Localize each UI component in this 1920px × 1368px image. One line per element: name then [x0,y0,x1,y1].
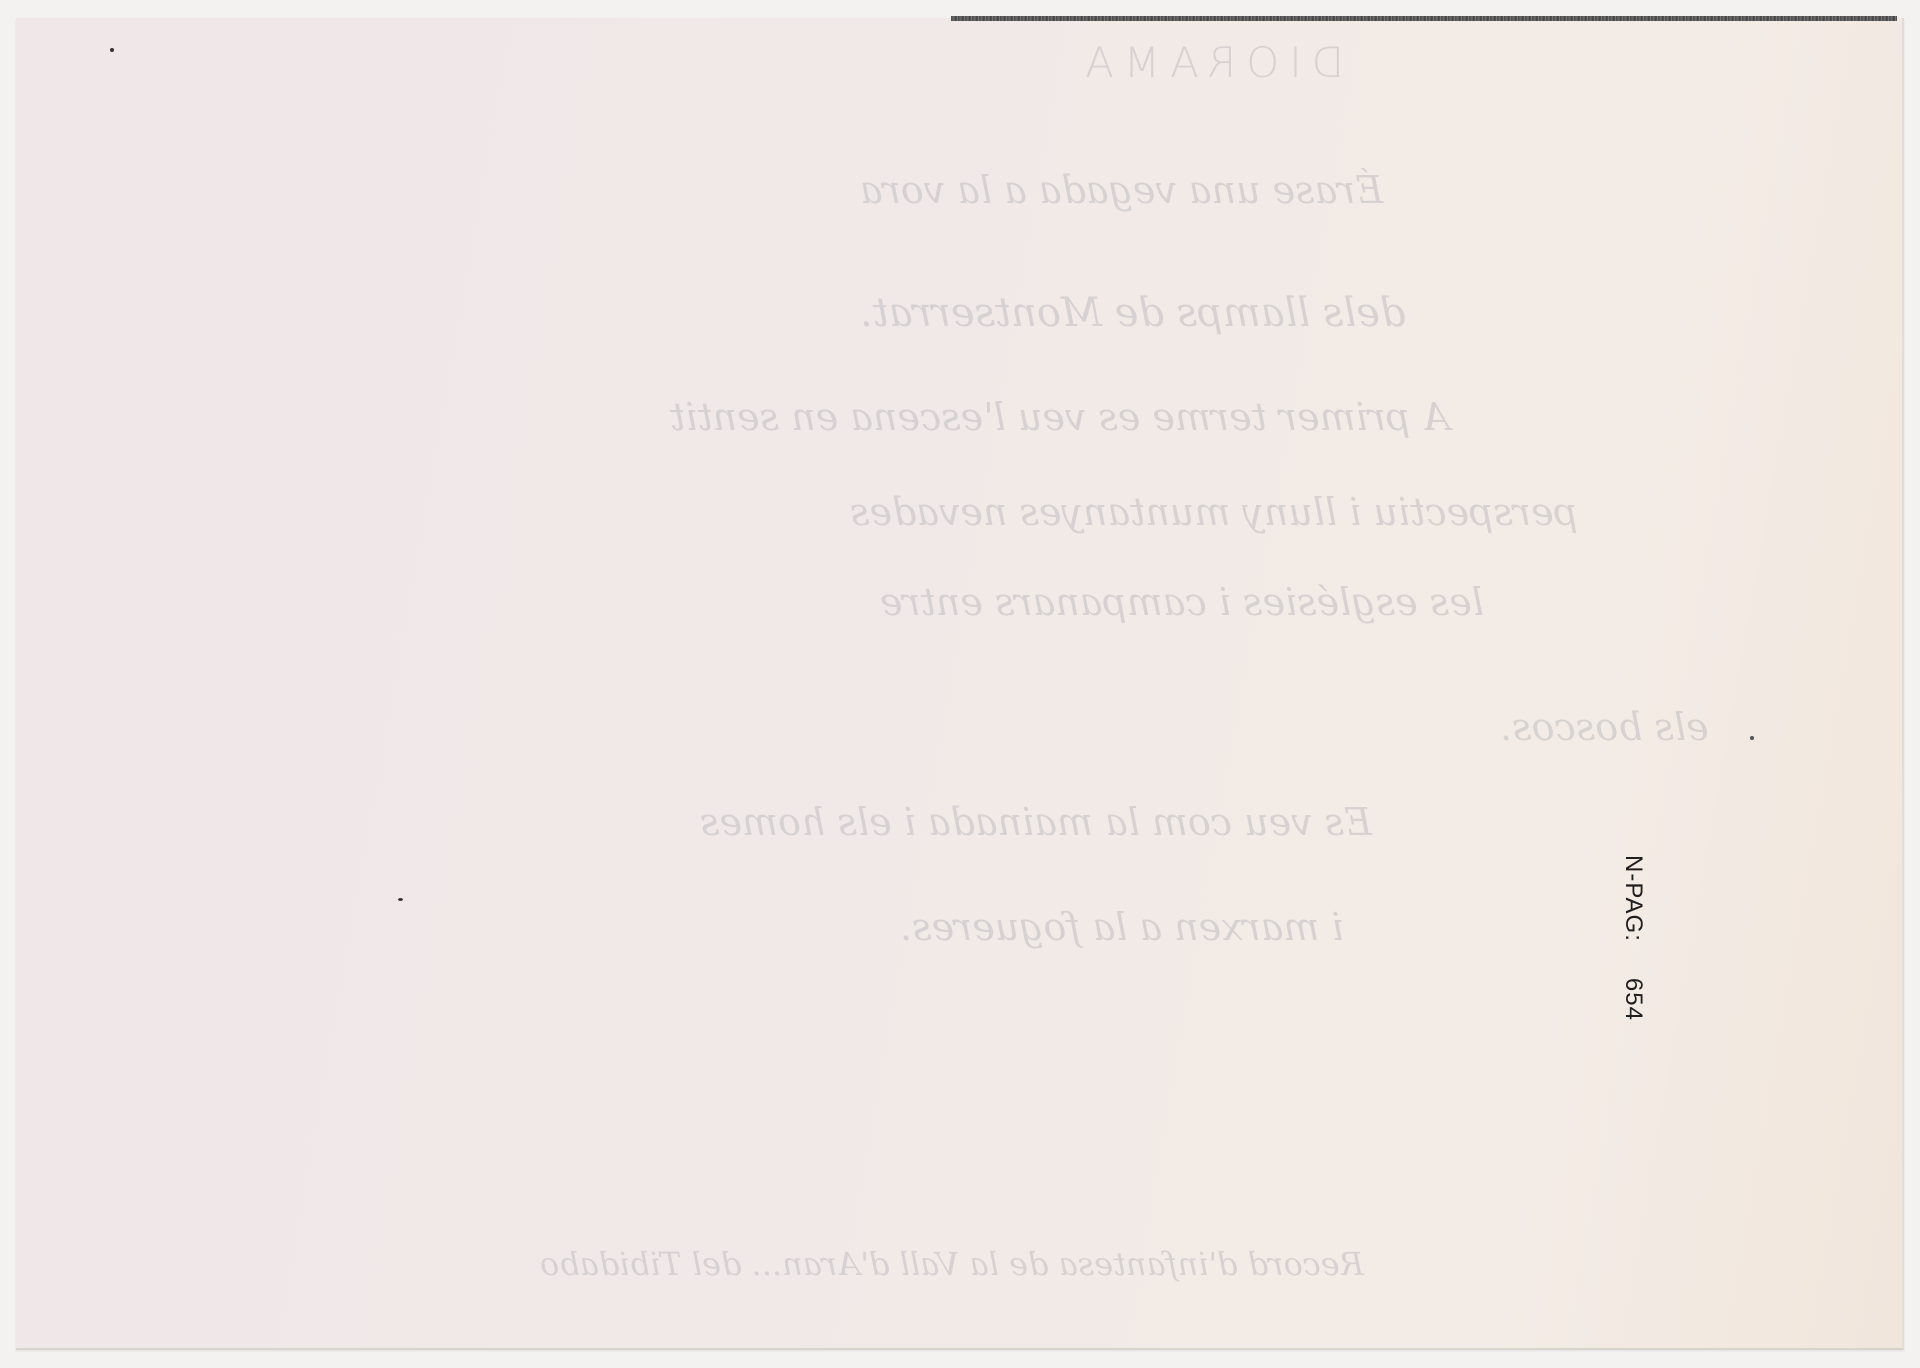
paper-speck [1750,736,1754,740]
paper-speck [110,48,114,52]
top-edge-bar [951,16,1897,21]
show-through-line: i marxen a la fogueres. [900,905,1344,949]
show-through-line: A primer terme es veu l'escena en sentit [670,395,1450,439]
show-through-line: dels llamps de Montserrat. [860,290,1405,336]
show-through-line: Érase una vegada a la vora [860,168,1383,212]
paper-speck [398,898,403,901]
stamp-label: N-PAG: [1620,855,1647,942]
paper-sheet [16,18,1904,1350]
show-through-line: les esglésies i campanars entre [880,580,1484,624]
show-through-line: Es veu com la mainada i els homes [700,800,1372,844]
show-through-line: Record d'infantesa de la Vall d'Aran... … [540,1245,1364,1283]
show-through-line: els boscos. [1500,705,1709,749]
show-through-title: DIORAMA [1075,38,1344,87]
show-through-line: perspectiu i lluny muntanyes nevades [850,490,1578,534]
page-stamp: N-PAG:654 [1619,855,1647,1021]
stamp-number: 654 [1620,978,1647,1021]
